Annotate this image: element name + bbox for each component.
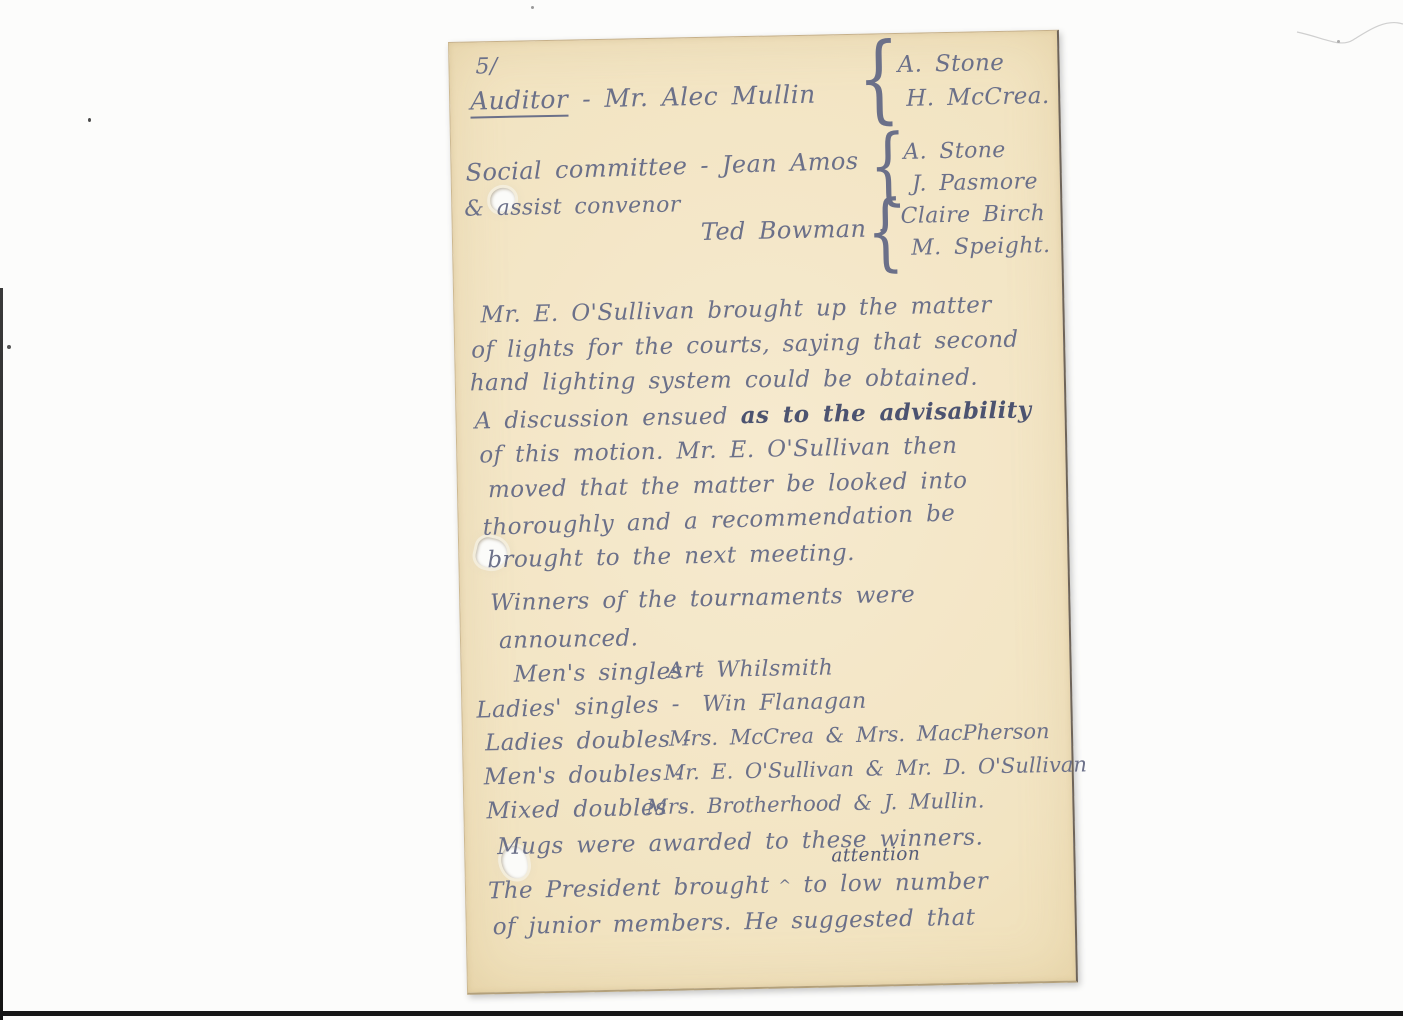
auditor-scrutineer-1: A. Stone xyxy=(897,50,1004,78)
page-number: 5/ xyxy=(475,54,498,79)
result-event: Ladies doubles - xyxy=(485,726,692,756)
auditor-name: - Mr. Alec Mullin xyxy=(582,80,816,114)
president-remarks-line: of junior members. He suggested that xyxy=(493,905,976,941)
remarks-start: The President brought xyxy=(488,873,770,905)
lighting-paragraph-line: brought to the next meeting. xyxy=(487,540,855,573)
social-committee-line: Social committee - Jean Amos xyxy=(465,147,859,187)
scanner-hair-artifact xyxy=(1295,10,1403,55)
winners-intro-line: announced. xyxy=(499,625,639,654)
result-event: Ladies' singles - xyxy=(476,691,680,723)
result-winners: Mr. E. O'Sullivan & Mr. D. O'Sullivan xyxy=(663,752,1087,784)
dust-speck xyxy=(531,6,534,9)
inserted-word-attention: attention xyxy=(831,844,920,867)
social-second-line: Ted Bowman - xyxy=(701,214,889,246)
dust-speck xyxy=(88,118,91,122)
lighting-paragraph-line: A discussion ensued as to the advisabili… xyxy=(474,396,1031,434)
dust-speck xyxy=(1337,40,1340,43)
lighting-paragraph-line: thoroughly and a recommendation be xyxy=(482,500,955,540)
remarks-end: to low number xyxy=(803,868,988,898)
scan-edge-left-line xyxy=(0,288,3,1020)
result-winners: Mrs. Brotherhood & J. Mullin. xyxy=(646,788,984,819)
result-winners: Art Whilsmith xyxy=(667,655,833,683)
president-remarks-line: The President brought^to low number xyxy=(488,868,989,904)
result-winners: Mrs. McCrea & Mrs. MacPherson xyxy=(669,719,1050,751)
lighting-paragraph-line: of lights for the courts, saying that se… xyxy=(471,327,1019,364)
social-second-member-2: M. Speight. xyxy=(911,233,1051,261)
scan-edge-bottom-line xyxy=(0,1011,1403,1016)
dust-speck xyxy=(7,345,11,349)
auditor-line: Auditor- Mr. Alec Mullin xyxy=(470,80,816,116)
insertion-caret: ^ xyxy=(778,876,791,894)
emphasized-text: as to the advisability xyxy=(740,396,1031,429)
winners-intro-line: Winners of the tournaments were xyxy=(490,582,915,617)
result-winners: Win Flanagan xyxy=(702,689,867,717)
lighting-paragraph-line: of this motion. Mr. E. O'Sullivan then xyxy=(479,433,958,469)
social-committee-note: & assist convenor xyxy=(464,192,681,221)
social-second-member-1: Claire Birch xyxy=(900,201,1045,229)
auditor-label: Auditor xyxy=(470,85,569,119)
brace-social-second: { xyxy=(866,182,905,281)
social-member-1: A. Stone xyxy=(903,138,1006,165)
auditor-scrutineer-2: H. McCrea. xyxy=(906,83,1050,112)
lighting-paragraph-line: Mr. E. O'Sullivan brought up the matter xyxy=(480,292,992,328)
handwritten-page: 5/ Auditor- Mr. Alec Mullin { A. Stone H… xyxy=(448,30,1078,995)
lighting-paragraph-line: hand lighting system could be obtained. xyxy=(470,365,978,397)
result-event: Men's doubles - xyxy=(484,760,684,790)
social-member-2: J. Pasmore xyxy=(912,169,1038,197)
lighting-paragraph-line: moved that the matter be looked into xyxy=(488,468,968,504)
discussion-text: A discussion ensued xyxy=(474,403,728,434)
